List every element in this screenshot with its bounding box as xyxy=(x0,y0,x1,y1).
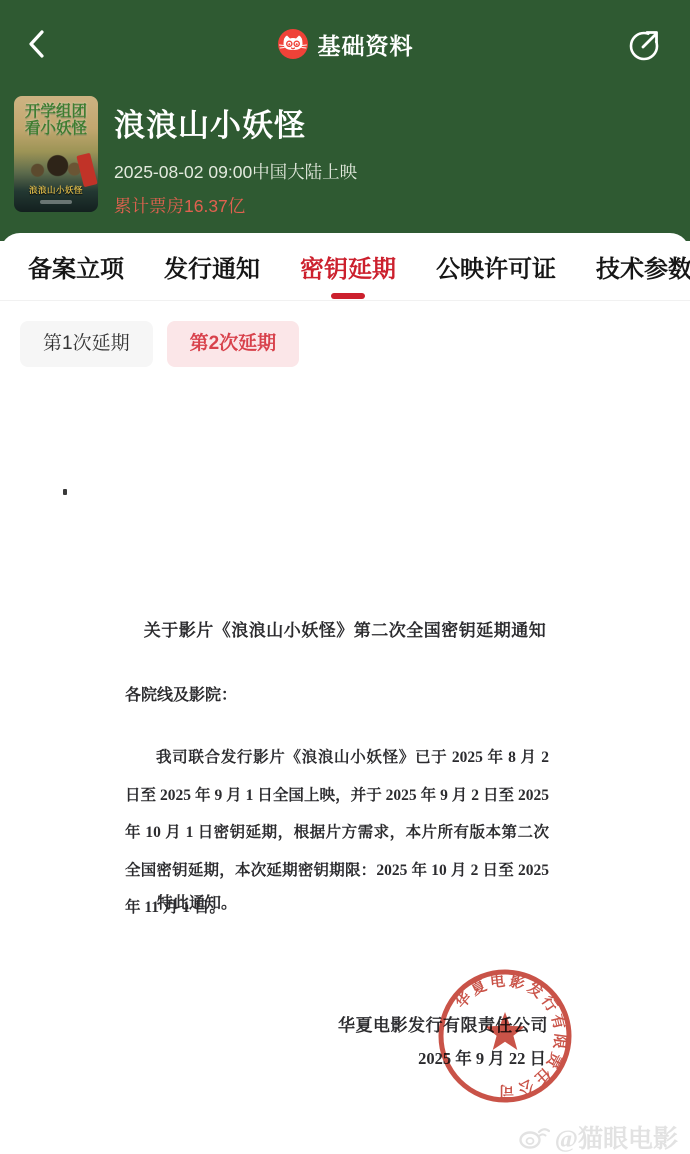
maoyan-logo-icon xyxy=(277,28,309,60)
movie-poster[interactable]: 开学组团 看小妖怪 浪浪山小妖怪 xyxy=(14,96,98,212)
scan-artifact xyxy=(63,489,67,495)
poster-subtitle-bar xyxy=(40,200,72,204)
company-seal-stamp: 华夏电影发行有限责任公司 xyxy=(418,949,592,1123)
nav-title-group: 基础资料 xyxy=(0,0,690,88)
poster-logo-text: 浪浪山小妖怪 xyxy=(14,184,98,196)
hero-section: 基础资料 开学组团 看小妖怪 浪浪山小妖怪 浪浪山小妖怪 20 xyxy=(0,0,690,241)
movie-title: 浪浪山小妖怪 xyxy=(114,100,357,145)
app-screen: 基础资料 开学组团 看小妖怪 浪浪山小妖怪 浪浪山小妖怪 20 xyxy=(0,0,690,1154)
document-salutation: 各院线及影院： xyxy=(125,682,237,705)
document-closing: 特此通知。 xyxy=(125,890,237,913)
document-title: 关于影片《浪浪山小妖怪》第二次全国密钥延期通知 xyxy=(0,616,690,641)
movie-meta: 浪浪山小妖怪 2025-08-02 09:00中国大陆上映 累计票房16.37亿 xyxy=(114,96,357,218)
movie-box-office: 累计票房16.37亿 xyxy=(114,193,357,218)
poster-banner-text: 开学组团 看小妖怪 xyxy=(14,103,98,137)
poster-ribbon xyxy=(76,153,97,187)
weibo-icon xyxy=(518,1124,550,1150)
content-card: 备案立项 发行通知 密钥延期 公映许可证 技术参数 第1次延期 第2次延期 关于… xyxy=(0,233,690,1154)
watermark-handle: @猫眼电影 xyxy=(555,1119,678,1154)
weibo-watermark: @猫眼电影 xyxy=(518,1119,678,1154)
page-title: 基础资料 xyxy=(318,28,414,61)
share-icon[interactable] xyxy=(626,24,664,64)
scanned-document: 关于影片《浪浪山小妖怪》第二次全国密钥延期通知 各院线及影院： 我司联合发行影片… xyxy=(0,233,690,1154)
movie-release-info: 2025-08-02 09:00中国大陆上映 xyxy=(114,159,357,184)
movie-header: 开学组团 看小妖怪 浪浪山小妖怪 浪浪山小妖怪 2025-08-02 09:00… xyxy=(0,88,690,218)
navbar: 基础资料 xyxy=(0,0,690,88)
